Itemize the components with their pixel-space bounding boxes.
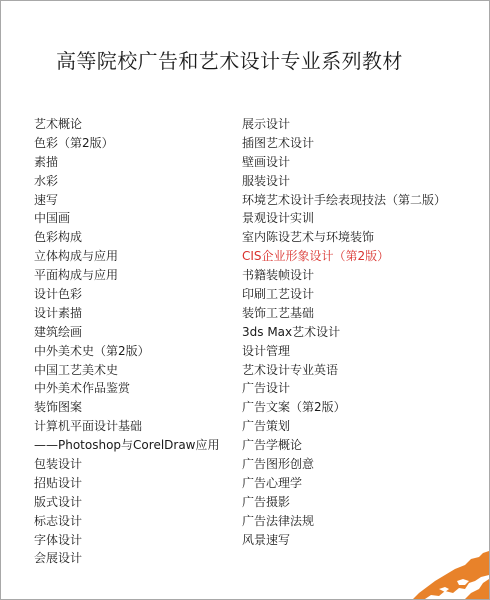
book-title-highlighted: CIS企业形象设计（第2版） xyxy=(242,247,446,266)
book-title: 广告学概论 xyxy=(242,436,446,455)
book-title: 色彩构成 xyxy=(34,228,220,247)
book-title: 中外美术史（第2版） xyxy=(34,342,220,361)
book-title: 速写 xyxy=(34,191,220,210)
book-title: 艺术概论 xyxy=(34,115,220,134)
book-title: 广告文案（第2版） xyxy=(242,398,446,417)
book-title: 水彩 xyxy=(34,172,220,191)
book-title: 素描 xyxy=(34,153,220,172)
book-title: 装饰工艺基础 xyxy=(242,304,446,323)
book-title: 计算机平面设计基础 xyxy=(34,417,220,436)
book-title: 中国画 xyxy=(34,209,220,228)
book-title: 室内陈设艺术与环境装饰 xyxy=(242,228,446,247)
book-title: 服装设计 xyxy=(242,172,446,191)
book-subtitle: ——Photoshop与CorelDraw应用 xyxy=(34,436,220,455)
left-book-list: 艺术概论 色彩（第2版） 素描 水彩 速写 中国画 色彩构成 立体构成与应用 平… xyxy=(34,115,220,568)
series-title: 高等院校广告和艺术设计专业系列教材 xyxy=(56,47,436,75)
book-title: 广告设计 xyxy=(242,379,446,398)
book-title: 广告摄影 xyxy=(242,493,446,512)
book-title: 印刷工艺设计 xyxy=(242,285,446,304)
book-title: 平面构成与应用 xyxy=(34,266,220,285)
book-title: 中国工艺美术史 xyxy=(34,361,220,380)
book-title: 色彩（第2版） xyxy=(34,134,220,153)
book-series-page: 高等院校广告和艺术设计专业系列教材 艺术概论 色彩（第2版） 素描 水彩 速写 … xyxy=(0,0,490,600)
book-title: 3ds Max艺术设计 xyxy=(242,323,446,342)
book-title: 中外美术作品鉴赏 xyxy=(34,379,220,398)
book-title: 壁画设计 xyxy=(242,153,446,172)
book-title: 装饰图案 xyxy=(34,398,220,417)
book-title: 环境艺术设计手绘表现技法（第二版） xyxy=(242,191,446,210)
book-title: 设计素描 xyxy=(34,304,220,323)
right-book-list: 展示设计 插图艺术设计 壁画设计 服装设计 环境艺术设计手绘表现技法（第二版） … xyxy=(242,115,446,549)
book-title: 设计色彩 xyxy=(34,285,220,304)
book-title: 广告策划 xyxy=(242,417,446,436)
book-title: 立体构成与应用 xyxy=(34,247,220,266)
book-title: 艺术设计专业英语 xyxy=(242,361,446,380)
book-title: 广告心理学 xyxy=(242,474,446,493)
book-title: 插图艺术设计 xyxy=(242,134,446,153)
orange-brushstroke-decoration xyxy=(409,539,489,599)
book-title: 广告法律法规 xyxy=(242,512,446,531)
book-title: 会展设计 xyxy=(34,549,220,568)
book-title: 书籍装帧设计 xyxy=(242,266,446,285)
book-title: 设计管理 xyxy=(242,342,446,361)
book-title: 包装设计 xyxy=(34,455,220,474)
book-title: 展示设计 xyxy=(242,115,446,134)
book-title: 广告图形创意 xyxy=(242,455,446,474)
book-title: 版式设计 xyxy=(34,493,220,512)
book-title: 标志设计 xyxy=(34,512,220,531)
book-title: 招贴设计 xyxy=(34,474,220,493)
book-title: 景观设计实训 xyxy=(242,209,446,228)
book-title: 建筑绘画 xyxy=(34,323,220,342)
book-title: 字体设计 xyxy=(34,531,220,550)
